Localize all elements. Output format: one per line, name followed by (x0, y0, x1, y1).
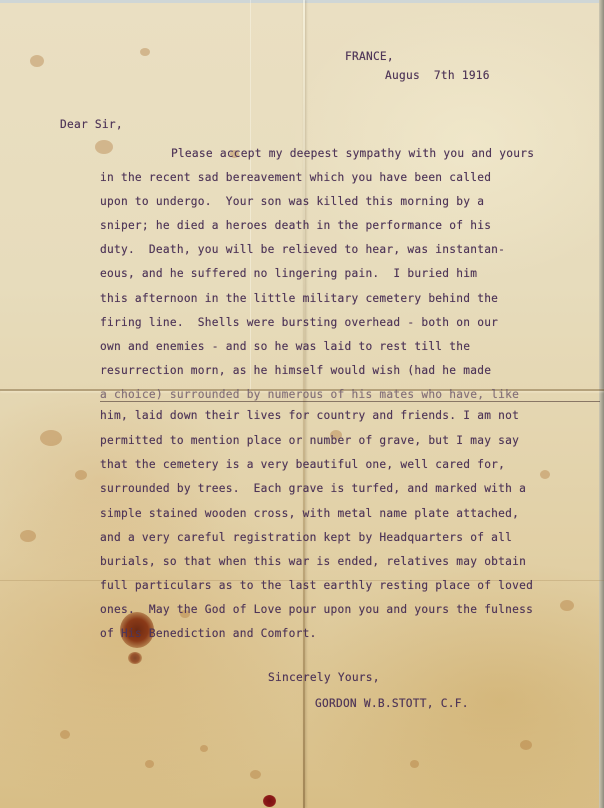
signature: GORDON W.B.STOTT, C.F. (315, 697, 469, 710)
foxing-spot (560, 600, 574, 611)
foxing-spot (75, 470, 87, 480)
salutation: Dear Sir, (60, 118, 123, 131)
red-dot-stain (263, 795, 276, 807)
foxing-spot (20, 530, 36, 542)
foxing-spot (145, 760, 154, 768)
ink-stain-small (128, 652, 142, 664)
body-line-struck: a choice) surrounded by numerous of his … (100, 388, 519, 401)
body-line: full particulars as to the last earthly … (100, 579, 533, 592)
body-line: of His Benediction and Comfort. (100, 627, 317, 640)
body-line: simple stained wooden cross, with metal … (100, 507, 519, 520)
foxing-spot (60, 730, 70, 739)
body-line: ones. May the God of Love pour upon you … (100, 603, 533, 616)
body-line: him, laid down their lives for country a… (100, 409, 519, 422)
foxing-spot (200, 745, 208, 752)
foxing-spot (30, 55, 44, 67)
photo-border-top (0, 0, 604, 3)
foxing-spot (410, 760, 419, 768)
body-line: that the cemetery is a very beautiful on… (100, 458, 505, 471)
foxing-spot (40, 430, 62, 446)
body-line: resurrection morn, as he himself would w… (100, 364, 491, 377)
body-line: upon to undergo. Your son was killed thi… (100, 195, 484, 208)
strikethrough-line (100, 401, 600, 402)
body-line: firing line. Shells were bursting overhe… (100, 316, 498, 329)
letter-page: FRANCE, Augus 7th 1916 Dear Sir, Please … (0, 0, 604, 808)
body-line: Please accept my deepest sympathy with y… (143, 147, 534, 160)
foxing-spot (140, 48, 150, 56)
body-line: permitted to mention place or number of … (100, 434, 519, 447)
body-line: burials, so that when this war is ended,… (100, 555, 526, 568)
foxing-spot (95, 140, 113, 154)
body-line: this afternoon in the little military ce… (100, 292, 498, 305)
foxing-spot (520, 740, 532, 750)
letter-date: Augus 7th 1916 (385, 69, 490, 82)
body-line: duty. Death, you will be relieved to hea… (100, 243, 505, 256)
body-line: and a very careful registration kept by … (100, 531, 512, 544)
foxing-spot (250, 770, 261, 779)
letter-place: FRANCE, (345, 50, 394, 63)
closing: Sincerely Yours, (268, 671, 380, 684)
body-line: in the recent sad bereavement which you … (100, 171, 491, 184)
body-line: sniper; he died a heroes death in the pe… (100, 219, 491, 232)
foxing-spot (540, 470, 550, 479)
body-line: eous, and he suffered no lingering pain.… (100, 267, 477, 280)
body-line: surrounded by trees. Each grave is turfe… (100, 482, 526, 495)
vertical-fold-line (303, 0, 305, 808)
photo-border-right (599, 0, 604, 808)
body-line: own and enemies - and so he was laid to … (100, 340, 470, 353)
